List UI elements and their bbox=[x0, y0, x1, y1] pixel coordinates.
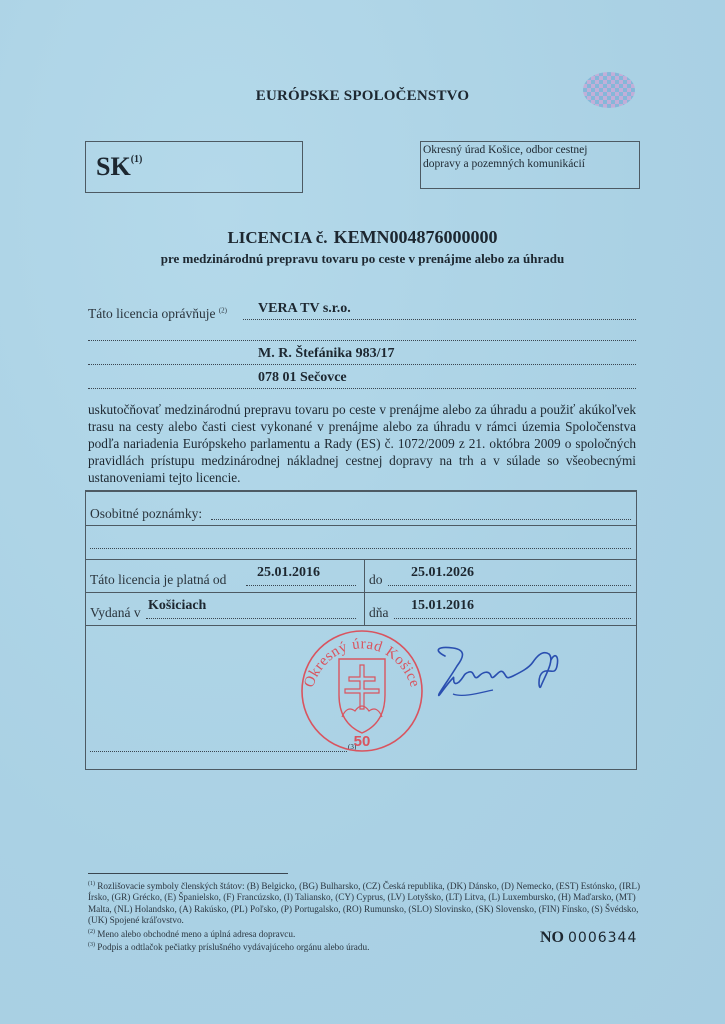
table-divider bbox=[86, 525, 636, 526]
svg-text:Okresný úrad Košice: Okresný úrad Košice bbox=[301, 636, 423, 689]
footnote-ref: (1) bbox=[131, 154, 143, 165]
valid-from-line bbox=[246, 585, 356, 586]
street-line bbox=[88, 364, 636, 365]
valid-from-label: Táto licencia je platná od bbox=[90, 572, 226, 588]
valid-to-line bbox=[388, 585, 631, 586]
table-divider bbox=[86, 559, 636, 560]
footnote-divider bbox=[88, 873, 288, 874]
footnote-ref: (2) bbox=[219, 307, 227, 315]
authority-line-2: dopravy a pozemných komunikácií bbox=[423, 157, 637, 171]
document-header: EURÓPSKE SPOLOČENSTVO bbox=[0, 88, 725, 105]
issued-in-place: Košiciach bbox=[148, 598, 206, 614]
holder-name-line bbox=[243, 319, 636, 320]
signature bbox=[433, 646, 578, 711]
holder-label: Táto licencia oprávňuje (2) bbox=[88, 306, 227, 322]
issued-on-date: 15.01.2016 bbox=[411, 598, 474, 614]
footnote-text: Podpis a odtlačok pečiatky príslušného v… bbox=[97, 942, 369, 952]
notes-label: Osobitné poznámky: bbox=[90, 506, 202, 522]
serial-value: 0006344 bbox=[568, 930, 637, 946]
footnote-1: (1) Rozlišovacie symboly členských štáto… bbox=[88, 879, 644, 927]
serial-prefix: NO bbox=[540, 929, 564, 946]
footnote-ref: (3) bbox=[88, 942, 95, 948]
holder-city: 078 01 Sečovce bbox=[258, 370, 347, 386]
license-body-text: uskutočňovať medzinárodnú prepravu tovar… bbox=[88, 401, 636, 486]
issued-in-line bbox=[146, 618, 356, 619]
footnote-text: Rozlišovacie symboly členských štátov: (… bbox=[88, 881, 640, 925]
blank-line bbox=[88, 340, 636, 341]
valid-to-date: 25.01.2026 bbox=[411, 565, 474, 581]
signature-icon bbox=[433, 646, 578, 706]
valid-from-date: 25.01.2016 bbox=[257, 565, 320, 581]
footnote-ref: (2) bbox=[88, 929, 95, 935]
issued-on-label: dňa bbox=[369, 605, 389, 621]
issued-on-line bbox=[394, 618, 631, 619]
footnote-text: Meno alebo obchodné meno a úplná adresa … bbox=[97, 929, 295, 939]
license-number: KEMN004876000000 bbox=[334, 227, 498, 247]
table-divider bbox=[86, 592, 636, 593]
footnote-ref: (1) bbox=[88, 881, 95, 887]
holder-street: M. R. Štefánika 983/17 bbox=[258, 346, 395, 362]
svg-text:50: 50 bbox=[354, 733, 371, 750]
city-line bbox=[88, 388, 636, 389]
license-title-label: LICENCIA č. bbox=[227, 228, 327, 247]
country-code-box: SK(1) bbox=[85, 141, 303, 193]
stamp-icon: Okresný úrad Košice 50 bbox=[289, 625, 435, 753]
authority-line-1: Okresný úrad Košice, odbor cestnej bbox=[423, 143, 637, 157]
issued-in-label: Vydaná v bbox=[90, 605, 141, 621]
valid-to-label: do bbox=[369, 572, 383, 588]
country-code-text: SK bbox=[96, 152, 131, 181]
notes-line bbox=[211, 519, 631, 520]
country-code: SK(1) bbox=[96, 152, 142, 182]
holder-label-text: Táto licencia oprávňuje bbox=[88, 306, 215, 321]
license-subtitle: pre medzinárodnú prepravu tovaru po cest… bbox=[0, 251, 725, 267]
holder-name: VERA TV s.r.o. bbox=[258, 301, 351, 317]
serial-number: NO0006344 bbox=[540, 929, 637, 947]
license-title: LICENCIA č.KEMN004876000000 bbox=[0, 227, 725, 248]
issuing-authority-box: Okresný úrad Košice, odbor cestnej dopra… bbox=[420, 141, 640, 189]
notes-line-2 bbox=[90, 548, 631, 549]
official-stamp: Okresný úrad Košice 50 bbox=[289, 625, 435, 753]
